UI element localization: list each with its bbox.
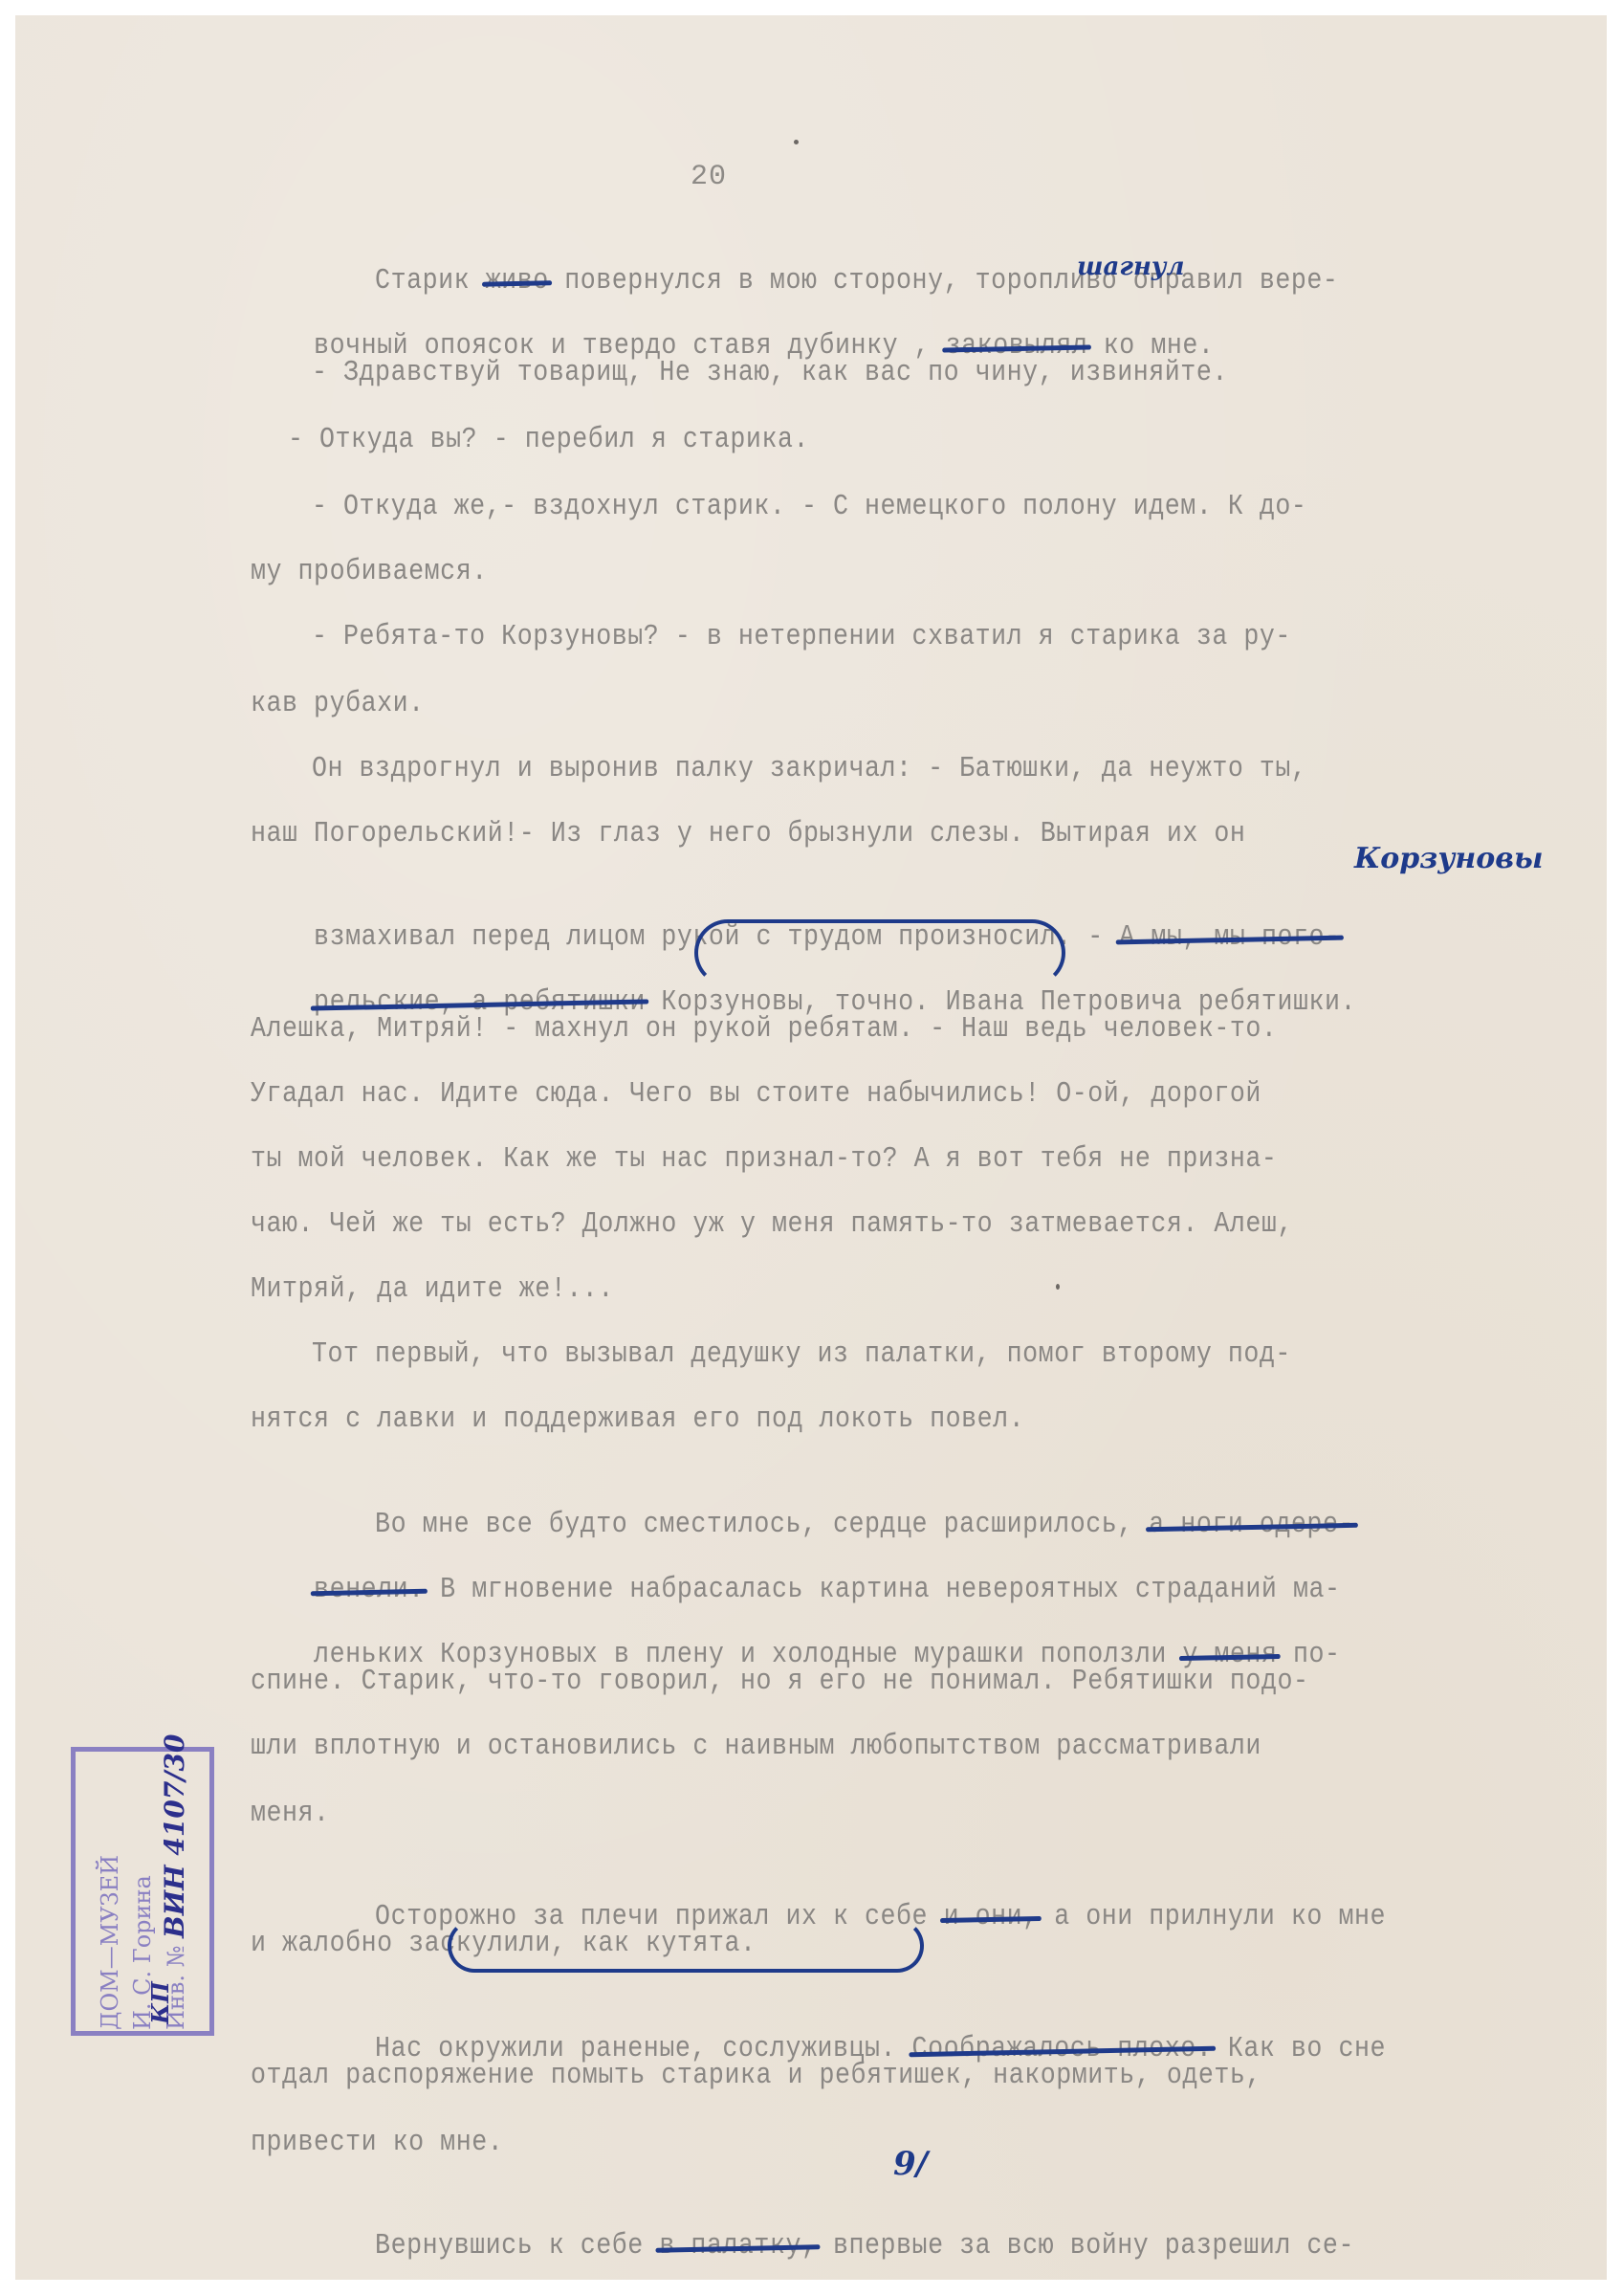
handwritten-replacement: шагнул bbox=[1077, 253, 1185, 281]
ink-transposition-mark bbox=[448, 1919, 924, 1973]
text-line: привести ко мне. bbox=[251, 2124, 503, 2162]
text-line: меня. bbox=[251, 1795, 330, 1833]
paragraph-mark: 9/ bbox=[893, 2145, 928, 2183]
struck-word: и они, bbox=[944, 1900, 1039, 1933]
text-line: чаю. Чей же ты есть? Должно уж у меня па… bbox=[251, 1205, 1293, 1244]
text-line: Вернувшись к себе в палатку, впервые за … bbox=[312, 2189, 1354, 2296]
text-line: Митряй, да идите же!... bbox=[251, 1270, 614, 1309]
text-line: кав рубахи. bbox=[251, 685, 425, 723]
text-line: спине. Старик, что-то говорил, но я его … bbox=[251, 1663, 1308, 1701]
page-number: 20 bbox=[691, 161, 727, 193]
text-line: шли вплотную и остановились с наивным лю… bbox=[251, 1728, 1261, 1766]
paper-speck bbox=[794, 140, 799, 144]
paper-speck bbox=[1056, 1284, 1060, 1290]
ink-transposition-mark bbox=[694, 919, 1065, 986]
text-line: - Откуда же,- вздохнул старик. - С немец… bbox=[312, 488, 1306, 526]
text-line: Он вздрогнул и выронив палку закричал: -… bbox=[312, 750, 1306, 788]
stamp-museum-name: ДОМ—МУЗЕЙ bbox=[94, 1753, 126, 2030]
text-line: - Здравствуй товарищ, Не знаю, как вас п… bbox=[312, 354, 1228, 392]
text-line: отдал распоряжение помыть старика и ребя… bbox=[251, 2057, 1261, 2095]
text-line: му пробиваемся. bbox=[251, 553, 488, 591]
text-line: ты мой человек. Как же ты нас признал-то… bbox=[251, 1140, 1277, 1179]
text-line: Тот первый, что вызывал дедушку из палат… bbox=[312, 1336, 1291, 1374]
text-line: наш Погорельский!- Из глаз у него брызну… bbox=[251, 815, 1245, 853]
stamp-prefix: КП bbox=[146, 1981, 174, 2024]
document-page: 20 Старик живо повернулся в мою сторону,… bbox=[15, 15, 1607, 2280]
text-line: Алешка, Митряй! - махнул он рукой ребята… bbox=[251, 1010, 1277, 1049]
museum-stamp: ДОМ—МУЗЕЙ И. С. Горина Инв. № ВИН 4107/3… bbox=[71, 1747, 214, 2036]
stamp-inventory-code: ВИН 4107/30 bbox=[159, 1734, 190, 1938]
text-line: - Откуда вы? - перебил я старика. bbox=[288, 421, 809, 459]
text-line: Угадал нас. Идите сюда. Чего вы стоите н… bbox=[251, 1075, 1261, 1114]
text-line: нятся с лавки и поддерживая его под локо… bbox=[251, 1401, 1024, 1439]
handwritten-replacement: Корзуновы bbox=[1354, 842, 1543, 875]
text-line: - Ребята-то Корзуновы? - в нетерпении сх… bbox=[312, 618, 1291, 656]
struck-word: в палатку, bbox=[659, 2229, 817, 2263]
